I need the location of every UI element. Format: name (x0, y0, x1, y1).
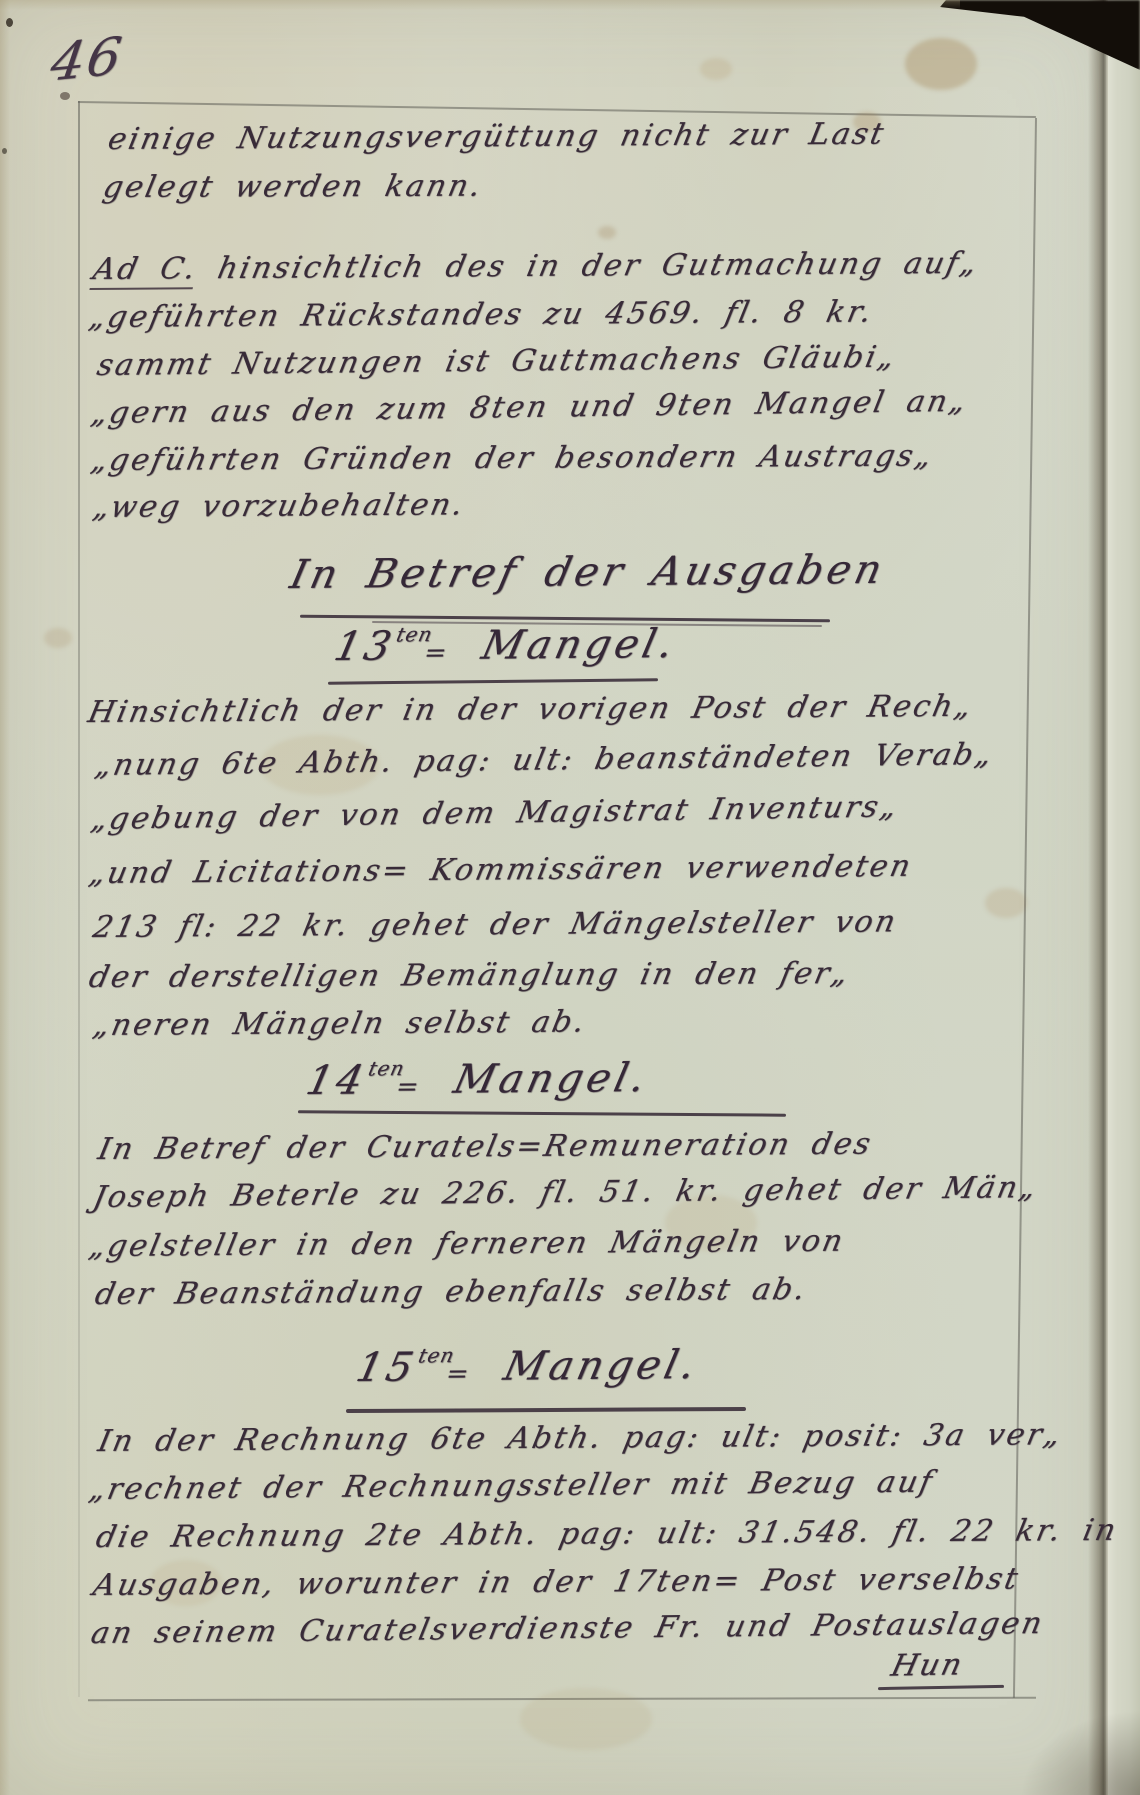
scan-edge-left (0, 0, 10, 1795)
scan-edge-top (0, 0, 960, 10)
ink-speck (6, 18, 13, 27)
paragraph-line: der Beanständung ebenfalls selbst ab. (92, 1272, 811, 1312)
stain (44, 628, 72, 648)
page-number: 46 (47, 26, 127, 93)
bottom-right-shadow (1020, 1710, 1140, 1795)
stain (598, 226, 616, 239)
paragraph-line: Hinsichtlich der in der vorigen Post der… (85, 689, 976, 730)
mangel-number: 13 (330, 623, 399, 670)
equals-flourish: = (443, 1359, 476, 1389)
stain (985, 888, 1027, 918)
manuscript-scan: 46 einige Nutzungsvergüttung nicht zur L… (0, 0, 1140, 1795)
paragraph-line: einige Nutzungsvergüttung nicht zur Last (105, 117, 889, 157)
paragraph-line: „neren Mängeln selbst ab. (90, 1005, 590, 1043)
mangel-word: Mangel. (477, 621, 681, 669)
heading-mangel-15: 15ten= Mangel. (352, 1342, 703, 1391)
paragraph-line: gelegt werden kann. (100, 169, 486, 205)
mangel-word: Mangel. (499, 1342, 703, 1390)
paragraph-line: „geführten Rückstandes zu 4569. fl. 8 kr… (86, 295, 877, 335)
heading-mangel-14: 14ten= Mangel. (302, 1055, 653, 1104)
ink-speck (2, 148, 7, 154)
mangel-number: 14 (302, 1057, 371, 1104)
equals-flourish: = (393, 1072, 426, 1102)
paragraph-line: „und Licitations= Kommissären verwendete… (86, 849, 916, 891)
stain (700, 58, 732, 80)
paragraph-line: 213 fl: 22 kr. gehet der Mängelsteller v… (90, 904, 901, 945)
equals-flourish: = (421, 638, 454, 668)
margin-line-left (78, 101, 80, 1697)
paragraph-line: die Rechnung 2te Abth. pag: ult: 31.548.… (93, 1513, 1121, 1555)
paragraph-line: Ad C. hinsichtlich des in der Gutmachung… (90, 246, 982, 287)
stain (520, 1688, 652, 1750)
paragraph-line: In der Rechnung 6te Abth. pag: ult: posi… (95, 1417, 1066, 1459)
ad-c-marker: Ad C. (89, 251, 200, 290)
heading-mangel-13: 13ten= Mangel. (330, 621, 681, 670)
mangel-word: Mangel. (449, 1055, 653, 1103)
paragraph-line: „gelsteller in den ferneren Mängeln von (86, 1224, 848, 1264)
paragraph-line: der derstelligen Bemänglung in den fer„ (86, 956, 853, 995)
paragraph-line: „weg vorzubehalten. (90, 487, 468, 525)
paragraph-line: In Betref der Curatels=Remuneration des (95, 1127, 876, 1167)
ink-speck (60, 92, 70, 100)
mangel-number: 15 (352, 1344, 421, 1391)
stain (905, 38, 977, 90)
paragraph-line: „geführten Gründen der besondern Austrag… (88, 439, 937, 478)
catchword: Hun (888, 1647, 967, 1683)
paragraph-line-text: hinsichtlich des in der Gutmachung auf„ (193, 246, 981, 286)
paragraph-line: Ausgaben, worunter in der 17ten= Post ve… (90, 1562, 1023, 1603)
paragraph-line: „rechnet der Rechnungssteller mit Bezug … (86, 1465, 937, 1507)
heading-ausgaben: In Betref der Ausgaben (286, 547, 890, 598)
